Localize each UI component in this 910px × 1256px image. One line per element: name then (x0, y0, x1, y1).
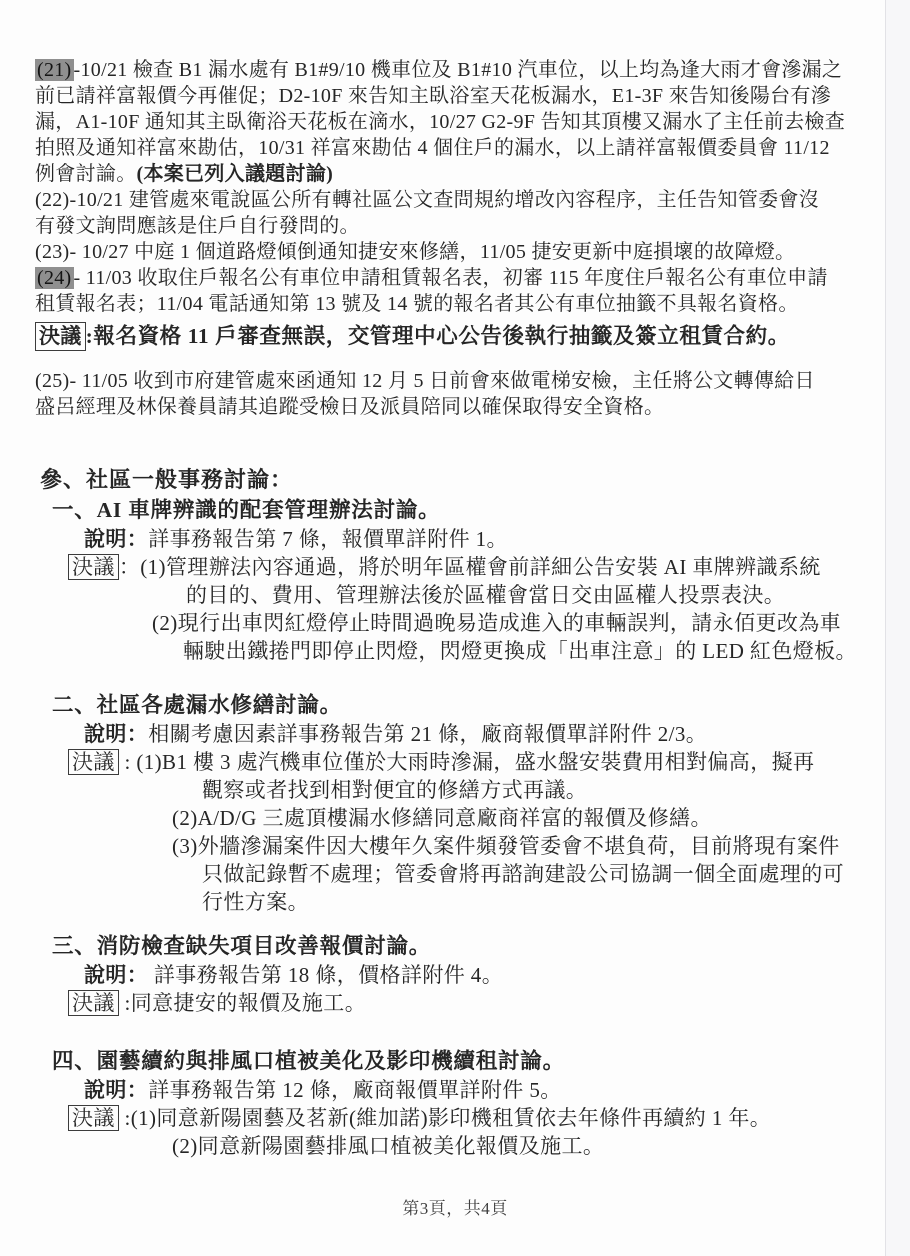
explain-label: 說明： (84, 722, 148, 746)
explain-text: 詳事務報告第 12 條，廠商報價單詳附件 5。 (148, 1078, 561, 1102)
report-item-25-line: 盛呂經理及林保養員請其追蹤受檢日及派員陪同以確保取得安全資格。 (35, 394, 910, 420)
explain-text: 詳事務報告第 18 條，價格詳附件 4。 (148, 963, 503, 987)
topic-1-resolution-line: 決議：(1)管理辦法內容通過，將於明年區權會前詳細公告安裝 AI 車牌辨識系統 (68, 553, 910, 581)
topic-2-resolution-line: 行性方案。 (202, 888, 910, 916)
topic-1-resolution-line: 的目的、費用、管理辦法後於區權會當日交由區權人投票表決。 (186, 581, 910, 609)
report-item-21-text: 例會討論。 (35, 163, 137, 185)
item-24-resolution-line: 決議:報名資格 11 戶審查無誤，交管理中心公告後執行抽籤及簽立租賃合約。 (35, 322, 910, 351)
report-item-22-line: 有發文詢問應該是住戶自行發問的。 (35, 213, 910, 239)
resolution-separator: ： (119, 555, 140, 579)
report-item-21-line: (21)-10/21 檢查 B1 漏水處有 B1#9/10 機車位及 B1#10… (35, 57, 910, 83)
resolution-separator: : (119, 991, 131, 1015)
topic-1-resolution-line: (2)現行出車閃紅燈停止時間過晚易造成進入的車輛誤判，請永佰更改為車 (152, 609, 910, 637)
report-item-21-line: 拍照及通知祥富來勘估，10/31 祥富來勘估 4 個住戶的漏水，以上請祥富報價委… (35, 135, 910, 161)
report-item-21-text: -10/21 檢查 B1 漏水處有 B1#9/10 機車位及 B1#10 汽車位… (74, 59, 843, 81)
topic-3-explanation: 說明： 詳事務報告第 18 條，價格詳附件 4。 (84, 961, 910, 989)
topic-1-explanation: 說明：詳事務報告第 7 條，報價單詳附件 1。 (84, 525, 910, 553)
explain-text: 詳事務報告第 7 條，報價單詳附件 1。 (148, 527, 508, 551)
caretaker-report-items: (21)-10/21 檢查 B1 漏水處有 B1#9/10 機車位及 B1#10… (0, 57, 910, 420)
resolution-label-box: 決議 (35, 322, 86, 351)
topic-4-resolution-line: 決議 :(1)同意新陽園藝及茗新(維加諾)影印機租賃依去年條件再續約 1 年。 (68, 1104, 910, 1132)
item-24-resolution-text: :報名資格 11 戶審查無誤，交管理中心公告後執行抽籤及簽立租賃合約。 (86, 324, 790, 348)
resolution-text: (1)B1 樓 3 處汽機車位僅於大雨時滲漏，盛水盤安裝費用相對偏高，擬再 (136, 750, 814, 774)
report-item-24-line: 租賃報名表；11/04 電話通知第 13 號及 14 號的報名者其公有車位抽籤不… (35, 291, 910, 317)
report-item-21-line: 漏，A1-10F 通知其主臥衛浴天花板在滴水，10/27 G2-9F 告知其頂樓… (35, 109, 910, 135)
resolution-label-box: 決議 (68, 990, 119, 1016)
scan-edge-strip (886, 0, 910, 1256)
topic-2-resolution-line: 只做記錄暫不處理；管委會將再諮詢建設公司協調一個全面處理的可 (202, 860, 910, 888)
report-item-23-line: (23)- 10/27 中庭 1 個道路燈傾倒通知捷安來修繕，11/05 捷安更… (35, 239, 910, 265)
scan-edge-line (885, 0, 886, 1256)
resolution-separator: : (119, 750, 137, 774)
topic-4-heading: 四、園藝續約與排風口植被美化及影印機續租討論。 (52, 1047, 910, 1076)
resolution-separator: : (119, 1106, 131, 1130)
explain-text: 相關考慮因素詳事務報告第 21 條，廠商報價單詳附件 2/3。 (148, 722, 707, 746)
topic-2-heading: 二、社區各處漏水修繕討論。 (52, 691, 910, 720)
report-item-21-line: 前已請祥富報價今再催促；D2-10F 來告知主臥浴室天花板漏水，E1-3F 來告… (35, 83, 910, 109)
page-number-footer: 第3頁，共4頁 (0, 1194, 910, 1219)
resolution-label-box: 決議 (68, 554, 119, 580)
topic-2-resolution-line: 決議 : (1)B1 樓 3 處汽機車位僅於大雨時滲漏，盛水盤安裝費用相對偏高，… (68, 748, 910, 776)
topic-2-explanation: 說明：相關考慮因素詳事務報告第 21 條，廠商報價單詳附件 2/3。 (84, 720, 910, 748)
item-21-agenda-note: (本案已列入議題討論) (137, 163, 334, 185)
scanned-meeting-minutes-page: (21)-10/21 檢查 B1 漏水處有 B1#9/10 機車位及 B1#10… (0, 0, 910, 1256)
report-item-24-line: (24)- 11/03 收取住戶報名公有車位申請租賃報名表，初審 115 年度住… (35, 265, 910, 291)
report-item-21-line: 例會討論。(本案已列入議題討論) (35, 161, 910, 187)
report-item-22-line: (22)-10/21 建管處來電說區公所有轉社區公文查問規約增改內容程序，主任告… (35, 187, 910, 213)
report-item-25-line: (25)- 11/05 收到市府建管處來函通知 12 月 5 日前會來做電梯安檢… (35, 368, 910, 394)
topic-2-resolution-line: 觀察或者找到相對便宜的修繕方式再議。 (202, 776, 910, 804)
explain-label: 說明： (84, 527, 148, 551)
item-21-number-highlight: (21) (35, 59, 74, 81)
topic-1-ai-plate-recognition: 一、AI 車牌辨識的配套管理辦法討論。 說明：詳事務報告第 7 條，報價單詳附件… (0, 496, 910, 665)
explain-label: 說明： (84, 963, 148, 987)
resolution-label-box: 決議 (68, 749, 119, 775)
topic-4-explanation: 說明：詳事務報告第 12 條，廠商報價單詳附件 5。 (84, 1076, 910, 1104)
resolution-text: 同意捷安的報價及施工。 (131, 991, 366, 1015)
resolution-text: (1)同意新陽園藝及茗新(維加諾)影印機租賃依去年條件再續約 1 年。 (131, 1106, 771, 1130)
resolution-text: (1)管理辦法內容通過，將於明年區權會前詳細公告安裝 AI 車牌辨識系統 (140, 555, 821, 579)
resolution-label-box: 決議 (68, 1105, 119, 1131)
explain-label: 說明： (84, 1078, 148, 1102)
topic-2-resolution-line: (2)A/D/G 三處頂樓漏水修繕同意廠商祥富的報價及修繕。 (172, 804, 910, 832)
topic-1-heading: 一、AI 車牌辨識的配套管理辦法討論。 (52, 496, 910, 525)
topic-3-heading: 三、消防檢查缺失項目改善報價討論。 (52, 932, 910, 961)
topic-4-gardening-copier: 四、園藝續約與排風口植被美化及影印機續租討論。 說明：詳事務報告第 12 條，廠… (0, 1047, 910, 1160)
report-item-24-text: - 11/03 收取住戶報名公有車位申請租賃報名表，初審 115 年度住戶報名公… (74, 267, 828, 289)
topic-1-resolution-line: 輛駛出鐵捲門即停止閃燈，閃燈更換成「出車注意」的 LED 紅色燈板。 (183, 637, 910, 665)
section-heading-general-affairs: 參、社區一般事務討論： (40, 466, 910, 494)
topic-2-leak-repairs: 二、社區各處漏水修繕討論。 說明：相關考慮因素詳事務報告第 21 條，廠商報價單… (0, 691, 910, 916)
topic-2-resolution-line: (3)外牆滲漏案件因大樓年久案件頻發管委會不堪負荷，目前將現有案件 (172, 832, 910, 860)
item-24-number-highlight: (24) (35, 267, 74, 289)
topic-4-resolution-line: (2)同意新陽園藝排風口植被美化報價及施工。 (172, 1132, 910, 1160)
topic-3-fire-inspection: 三、消防檢查缺失項目改善報價討論。 說明： 詳事務報告第 18 條，價格詳附件 … (0, 932, 910, 1017)
topic-3-resolution-line: 決議 :同意捷安的報價及施工。 (68, 989, 910, 1017)
